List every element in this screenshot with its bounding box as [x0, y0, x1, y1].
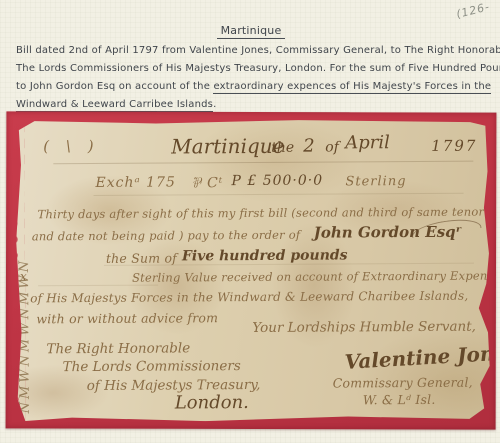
red-mount: NMWNMWNMWN ( \ ) Martinique the 2 of Apr…: [6, 111, 497, 429]
bill-date-the: the: [271, 140, 294, 156]
signer-location: W. & Lᵈ Isl.: [363, 392, 436, 407]
exchange-rate: Exchᵃ 175: [95, 174, 176, 190]
bill-place: Martinique: [171, 134, 284, 159]
ruled-line: [53, 161, 473, 165]
bill-date-year: 1797: [431, 137, 477, 155]
annotation-line-2: The Lords Commissioners of His Majestys …: [16, 63, 486, 75]
closing-salutation: Your Lordships Humble Servant,: [252, 319, 476, 336]
bill-date-month: April: [345, 132, 390, 153]
annotation-title: Martinique: [16, 24, 486, 37]
annotation-line-4-underlined: Windward & Leeward Carribee Islands: [16, 99, 213, 112]
annotation-line-1: Bill dated 2nd of April 1797 from Valent…: [16, 45, 486, 57]
bill-date-of: of: [325, 139, 339, 155]
annotation-line-4-period: .: [213, 99, 216, 110]
margin-check-mark: x: [20, 269, 27, 283]
catalog-annotation: Martinique Bill dated 2nd of April 1797 …: [16, 24, 486, 117]
body-line-4: of His Majestys Forces in the Windward &…: [30, 289, 468, 306]
sum-prefix: the Sum of: [106, 250, 177, 265]
currency-word: Sterling: [345, 174, 406, 189]
addressee-line-1: The Right Honorable: [46, 340, 190, 357]
payee-flourish: [411, 216, 483, 248]
annotation-line-4: Windward & Leeward Carribee Islands.: [16, 99, 486, 111]
annotation-line-3-underlined: extraordinary expences of His Majesty's …: [213, 81, 491, 94]
per-cent-mark: ⅌ Cᵗ: [191, 173, 223, 192]
annotation-title-text: Martinique: [217, 24, 286, 39]
body-line-3: Sterling Value received on account of Ex…: [132, 268, 500, 284]
body-line-1: Thirty days after sight of this my first…: [38, 205, 485, 222]
bill-date-day: 2: [303, 136, 315, 157]
bill-of-exchange: NMWNMWNMWN ( \ ) Martinique the 2 of Apr…: [13, 117, 491, 424]
annotation-line-3: to John Gordon Esq on account of the ext…: [16, 81, 486, 93]
ruled-line: [94, 193, 464, 196]
corner-pencil-mark: (126-: [455, 0, 491, 21]
body-line-5: with or without advice from: [36, 310, 218, 326]
sum-value: Five hundred pounds: [182, 247, 348, 264]
amount-figures: P £ 500·0·0: [231, 173, 323, 190]
signer-title: Commissary General,: [333, 375, 473, 391]
bill-number-mark: ( \ ): [43, 137, 99, 155]
body-line-2: and date not being paid ) pay to the ord…: [32, 228, 301, 244]
ruled-line: [38, 285, 158, 287]
signature-valentine-jones: Valentine Jones: [344, 340, 500, 374]
annotation-line-3-plain: to John Gordon Esq on account of the: [16, 81, 213, 92]
addressee-london: London.: [175, 392, 249, 413]
addressee-line-2: The Lords Commissioners: [63, 358, 241, 375]
